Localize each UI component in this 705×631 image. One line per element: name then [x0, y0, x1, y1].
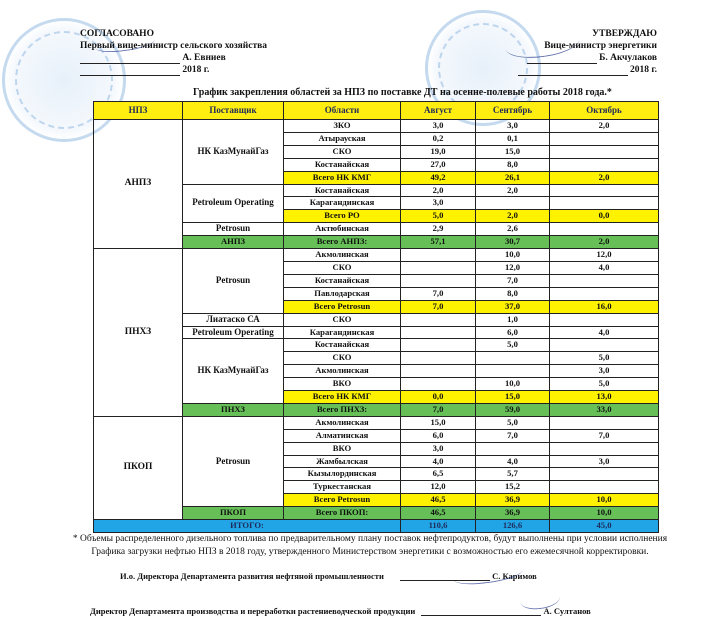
document-title: График закрепления областей за НПЗ по по… [0, 87, 705, 98]
august-cell: 19,0 [401, 145, 476, 158]
august-cell [401, 249, 476, 262]
grand-total-row: ИТОГО:110,6126,645,0 [94, 520, 659, 533]
september-cell: 5,0 [476, 416, 550, 429]
refinery-cell: АНПЗ [94, 120, 183, 249]
region-cell: Костанайская [284, 274, 401, 287]
region-cell: Атырауская [284, 132, 401, 145]
september-cell [476, 352, 550, 365]
october-cell [550, 223, 659, 236]
august-cell [401, 326, 476, 339]
table-row: АНПЗНК КазМунайГазЗКО3,03,02,0 [94, 120, 659, 133]
august-cell [401, 313, 476, 326]
august-cell [401, 365, 476, 378]
region-cell: СКО [284, 313, 401, 326]
october-cell: 7,0 [550, 429, 659, 442]
september-cell: 2,6 [476, 223, 550, 236]
august-cell: 4,0 [401, 455, 476, 468]
august-cell [401, 261, 476, 274]
october-cell [550, 313, 659, 326]
grand-total-september: 126,6 [476, 520, 550, 533]
supplier-cell: Petrosun [183, 223, 284, 236]
october-cell [550, 287, 659, 300]
august-cell: 2,9 [401, 223, 476, 236]
grand-total-october: 45,0 [550, 520, 659, 533]
region-cell: Туркестанская [284, 481, 401, 494]
october-cell: 12,0 [550, 249, 659, 262]
supplier-cell: Petroleum Operating [183, 326, 284, 339]
table-header-row: НПЗ Поставщик Области Август Сентябрь Ок… [94, 102, 659, 120]
august-cell [401, 274, 476, 287]
supplier-cell: НК КазМунайГаз [183, 339, 284, 404]
august-cell: 0,2 [401, 132, 476, 145]
region-cell: Карагандинская [284, 197, 401, 210]
august-cell: 46,5 [401, 507, 476, 520]
header-september: Сентябрь [476, 102, 550, 120]
october-cell: 33,0 [550, 403, 659, 416]
september-cell: 10,0 [476, 378, 550, 391]
region-cell: ВКО [284, 442, 401, 455]
august-cell: 15,0 [401, 416, 476, 429]
october-cell [550, 145, 659, 158]
october-cell [550, 197, 659, 210]
august-cell: 2,0 [401, 184, 476, 197]
total-caption: Всего АНПЗ: [284, 236, 401, 249]
october-cell [550, 442, 659, 455]
region-cell: ЗКО [284, 120, 401, 133]
footnote: * Объемы распределенного дизельного топл… [60, 533, 680, 559]
october-cell: 4,0 [550, 261, 659, 274]
september-cell: 4,0 [476, 455, 550, 468]
region-cell: Жамбылская [284, 455, 401, 468]
august-cell [401, 339, 476, 352]
region-cell: Актюбинская [284, 223, 401, 236]
august-cell: 6,5 [401, 468, 476, 481]
grand-total-label: ИТОГО: [94, 520, 401, 533]
september-cell: 12,0 [476, 261, 550, 274]
august-cell: 57,1 [401, 236, 476, 249]
region-cell: Алматинская [284, 429, 401, 442]
september-cell: 15,0 [476, 391, 550, 404]
allocation-table: НПЗ Поставщик Области Август Сентябрь Ок… [93, 101, 659, 533]
september-cell: 7,0 [476, 274, 550, 287]
august-cell [401, 378, 476, 391]
region-cell: СКО [284, 145, 401, 158]
approval-year-right: 2018 г. [518, 64, 657, 76]
total-caption: Всего ПНХЗ: [284, 403, 401, 416]
september-cell: 0,1 [476, 132, 550, 145]
august-cell: 49,2 [401, 171, 476, 184]
august-cell: 3,0 [401, 120, 476, 133]
august-cell: 3,0 [401, 197, 476, 210]
october-cell: 2,0 [550, 171, 659, 184]
september-cell: 26,1 [476, 171, 550, 184]
table-row: ПКОПPetrosunАкмолинская15,05,0 [94, 416, 659, 429]
august-cell [401, 352, 476, 365]
region-cell: Акмолинская [284, 416, 401, 429]
october-cell [550, 132, 659, 145]
october-cell: 2,0 [550, 236, 659, 249]
september-cell: 2,0 [476, 210, 550, 223]
region-cell: ВКО [284, 378, 401, 391]
total-label: ПКОП [183, 507, 284, 520]
august-cell: 46,5 [401, 494, 476, 507]
october-cell: 3,0 [550, 455, 659, 468]
supplier-cell: Petroleum Operating [183, 184, 284, 223]
october-cell: 4,0 [550, 326, 659, 339]
header-october: Октябрь [550, 102, 659, 120]
october-cell: 16,0 [550, 300, 659, 313]
header-supplier: Поставщик [183, 102, 284, 120]
region-cell: Кызылординская [284, 468, 401, 481]
approval-block-left: СОГЛАСОВАНО Первый вице-министр сельског… [80, 28, 267, 76]
grand-total-august: 110,6 [401, 520, 476, 533]
signer-name-2: А. Султанов [544, 606, 591, 616]
signature-line-2: Директор Департамента производства и пер… [90, 606, 591, 616]
signature-karimov [452, 561, 524, 588]
august-cell: 27,0 [401, 158, 476, 171]
approval-name-left: А. Евниев [80, 52, 267, 64]
september-cell: 7,0 [476, 429, 550, 442]
supplier-cell: Petrosun [183, 416, 284, 506]
supplier-cell: НК КазМунайГаз [183, 120, 284, 185]
september-cell: 5,7 [476, 468, 550, 481]
september-cell: 8,0 [476, 158, 550, 171]
october-cell [550, 274, 659, 287]
october-cell [550, 416, 659, 429]
september-cell [476, 442, 550, 455]
september-cell: 36,9 [476, 507, 550, 520]
approval-heading-right: УТВЕРЖДАЮ [518, 28, 657, 40]
approval-block-right: УТВЕРЖДАЮ Вице-министр энергетики Б. Акч… [518, 28, 657, 76]
october-cell: 5,0 [550, 352, 659, 365]
october-cell [550, 481, 659, 494]
september-cell: 3,0 [476, 120, 550, 133]
september-cell: 15,2 [476, 481, 550, 494]
signer-position-2: Директор Департамента производства и пер… [90, 606, 415, 616]
september-cell: 36,9 [476, 494, 550, 507]
region-cell: Всего НК КМГ [284, 171, 401, 184]
september-cell: 6,0 [476, 326, 550, 339]
august-cell: 12,0 [401, 481, 476, 494]
august-cell: 7,0 [401, 287, 476, 300]
october-cell: 10,0 [550, 507, 659, 520]
region-cell: Акмолинская [284, 365, 401, 378]
region-cell: Всего РО [284, 210, 401, 223]
total-label: ПНХЗ [183, 403, 284, 416]
region-cell: Всего Petrosun [284, 300, 401, 313]
region-cell: Карагандинская [284, 326, 401, 339]
september-cell: 10,0 [476, 249, 550, 262]
september-cell [476, 197, 550, 210]
region-cell: Акмолинская [284, 249, 401, 262]
october-cell [550, 468, 659, 481]
approval-position-left: Первый вице-министр сельского хозяйства [80, 40, 267, 52]
total-label: АНПЗ [183, 236, 284, 249]
supplier-cell: Лиатаско СА [183, 313, 284, 326]
september-cell: 37,0 [476, 300, 550, 313]
september-cell: 1,0 [476, 313, 550, 326]
september-cell: 15,0 [476, 145, 550, 158]
supplier-cell: Petrosun [183, 249, 284, 314]
region-cell: Костанайская [284, 339, 401, 352]
october-cell: 13,0 [550, 391, 659, 404]
september-cell: 30,7 [476, 236, 550, 249]
signer-position-1: И.о. Директора Департамента развития неф… [120, 571, 384, 581]
august-cell: 3,0 [401, 442, 476, 455]
september-cell: 59,0 [476, 403, 550, 416]
region-cell: СКО [284, 261, 401, 274]
august-cell: 5,0 [401, 210, 476, 223]
region-cell: Костанайская [284, 184, 401, 197]
region-cell: Павлодарская [284, 287, 401, 300]
september-cell: 2,0 [476, 184, 550, 197]
september-cell: 8,0 [476, 287, 550, 300]
header-regions: Области [284, 102, 401, 120]
refinery-cell: ПКОП [94, 416, 183, 519]
total-caption: Всего ПКОП: [284, 507, 401, 520]
august-cell: 6,0 [401, 429, 476, 442]
region-cell: Костанайская [284, 158, 401, 171]
region-cell: Всего Petrosun [284, 494, 401, 507]
august-cell: 7,0 [401, 403, 476, 416]
october-cell [550, 158, 659, 171]
october-cell: 2,0 [550, 120, 659, 133]
region-cell: СКО [284, 352, 401, 365]
region-cell: Всего НК КМГ [284, 391, 401, 404]
august-cell: 0,0 [401, 391, 476, 404]
approval-year-left: 2018 г. [80, 64, 267, 76]
october-cell [550, 339, 659, 352]
october-cell: 10,0 [550, 494, 659, 507]
approval-name-right: Б. Акчулаков [518, 52, 657, 64]
september-cell: 5,0 [476, 339, 550, 352]
header-refinery: НПЗ [94, 102, 183, 120]
approval-heading-left: СОГЛАСОВАНО [80, 28, 267, 40]
table-row: ПНХЗPetrosunАкмолинская10,012,0 [94, 249, 659, 262]
september-cell [476, 365, 550, 378]
october-cell: 0,0 [550, 210, 659, 223]
refinery-cell: ПНХЗ [94, 249, 183, 417]
august-cell: 7,0 [401, 300, 476, 313]
header-august: Август [401, 102, 476, 120]
october-cell: 3,0 [550, 365, 659, 378]
approval-position-right: Вице-министр энергетики [518, 40, 657, 52]
october-cell [550, 184, 659, 197]
october-cell: 5,0 [550, 378, 659, 391]
